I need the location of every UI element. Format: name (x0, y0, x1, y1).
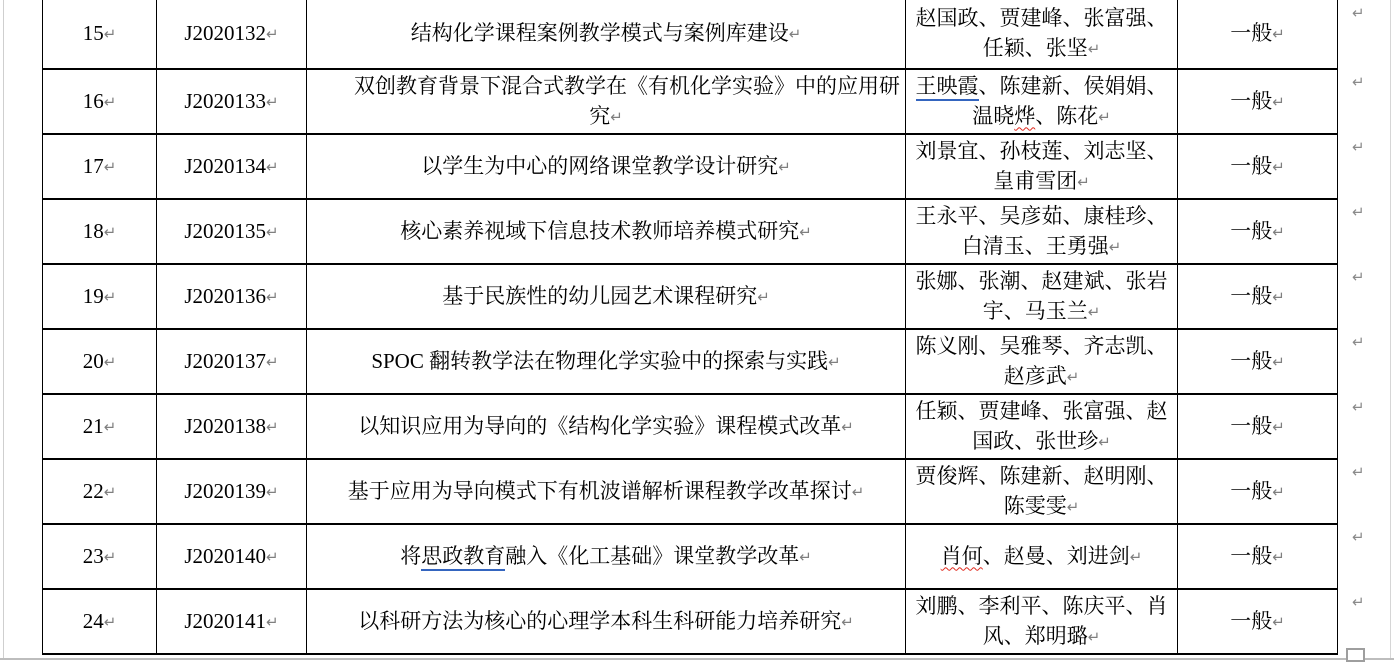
underlined-text: 思政教育 (421, 544, 505, 571)
page-left-edge (3, 0, 4, 660)
paragraph-mark-icon: ↵ (104, 477, 117, 507)
cell-project-members[interactable]: 贾俊辉、陈建新、赵明刚、陈雯雯↵ (906, 459, 1178, 524)
cell-project-members[interactable]: 张娜、张潮、赵建斌、张岩宇、马玉兰↵ (906, 264, 1178, 329)
cell-category[interactable]: 一般↵ (1178, 329, 1338, 394)
paragraph-mark-icon: ↵ (789, 19, 802, 49)
paragraph-mark-icon: ↵ (1109, 232, 1122, 262)
paragraph-mark-icon: ↵ (1130, 542, 1143, 572)
table-row: 19↵J2020136↵基于民族性的幼儿园艺术课程研究↵张娜、张潮、赵建斌、张岩… (43, 264, 1338, 329)
cell-project-id[interactable]: J2020135↵ (157, 199, 307, 264)
paragraph-mark-icon: ↵ (610, 102, 623, 132)
paragraph-mark-icon: ↵ (1088, 297, 1101, 327)
text-run: 双创教育背景下混合式教学在《有机化学实验》中的应用研究 (354, 74, 900, 128)
text-run: 、陈花 (1035, 104, 1098, 128)
text-run: 基于应用为导向模式下有机波谱解析课程教学改革探讨 (348, 479, 852, 503)
table-row: 21↵J2020138↵以知识应用为导向的《结构化学实验》课程模式改革↵任颖、贾… (43, 394, 1338, 459)
margin-paragraph-mark-icon: ↵ (1352, 75, 1365, 90)
table-row: 20↵J2020137↵SPOC 翻转教学法在物理化学实验中的探索与实践↵陈义刚… (43, 329, 1338, 394)
cell-project-title[interactable]: 以科研方法为核心的心理学本科生科研能力培养研究↵ (307, 589, 906, 654)
cell-project-id[interactable]: J2020134↵ (157, 134, 307, 199)
text-run: 赵国政、贾建峰、张富强、任颖、张坚 (916, 6, 1168, 60)
text-run: 刘景宜、孙枝莲、刘志坚、皇甫雪团 (916, 139, 1168, 193)
cell-project-members[interactable]: 王永平、吴彦茹、康桂珍、白清玉、王勇强↵ (906, 199, 1178, 264)
word-document-page: 15↵J2020132↵结构化学课程案例教学模式与案例库建设↵赵国政、贾建峰、张… (0, 0, 1394, 672)
cell-row-number[interactable]: 16↵ (43, 69, 157, 134)
cell-category[interactable]: 一般↵ (1178, 69, 1338, 134)
cell-project-members[interactable]: 刘景宜、孙枝莲、刘志坚、皇甫雪团↵ (906, 134, 1178, 199)
text-run: 以学生为中心的网络课堂教学设计研究 (421, 154, 778, 178)
cell-project-members[interactable]: 陈义刚、吴雅琴、齐志凯、赵彦武↵ (906, 329, 1178, 394)
table-row: 24↵J2020141↵以科研方法为核心的心理学本科生科研能力培养研究↵刘鹏、李… (43, 589, 1338, 654)
margin-paragraph-mark-icon: ↵ (1352, 595, 1365, 610)
cell-category[interactable]: 一般↵ (1178, 459, 1338, 524)
paragraph-mark-icon: ↵ (104, 87, 117, 117)
margin-paragraph-mark-icon: ↵ (1352, 6, 1365, 21)
text-run: SPOC 翻转教学法在物理化学实验中的探索与实践 (371, 349, 828, 373)
paragraph-mark-icon: ↵ (1272, 282, 1285, 312)
paragraph-mark-icon: ↵ (1272, 87, 1285, 117)
table-row: 17↵J2020134↵以学生为中心的网络课堂教学设计研究↵刘景宜、孙枝莲、刘志… (43, 134, 1338, 199)
text-run: 王永平、吴彦茹、康桂珍、白清玉、王勇强 (916, 204, 1168, 258)
paragraph-mark-icon: ↵ (1272, 542, 1285, 572)
cell-category[interactable]: 一般↵ (1178, 394, 1338, 459)
cell-row-number[interactable]: 24↵ (43, 589, 157, 654)
cell-category[interactable]: 一般↵ (1178, 264, 1338, 329)
paragraph-mark-icon: ↵ (266, 282, 279, 312)
text-run: 核心素养视域下信息技术教师培养模式研究 (400, 219, 799, 243)
paragraph-mark-icon: ↵ (104, 412, 117, 442)
cell-project-members[interactable]: 任颖、贾建峰、张富强、赵国政、张世珍↵ (906, 394, 1178, 459)
cell-project-title[interactable]: SPOC 翻转教学法在物理化学实验中的探索与实践↵ (307, 329, 906, 394)
paragraph-mark-icon: ↵ (1272, 477, 1285, 507)
margin-paragraph-mark-icon: ↵ (1352, 205, 1365, 220)
cell-project-id[interactable]: J2020138↵ (157, 394, 307, 459)
paragraph-mark-icon: ↵ (852, 477, 865, 507)
cell-project-title[interactable]: 双创教育背景下混合式教学在《有机化学实验》中的应用研究↵ (307, 69, 906, 134)
cell-project-title[interactable]: 基于应用为导向模式下有机波谱解析课程教学改革探讨↵ (307, 459, 906, 524)
paragraph-mark-icon: ↵ (104, 347, 117, 377)
paragraph-mark-icon: ↵ (799, 542, 812, 572)
paragraph-mark-icon: ↵ (1272, 347, 1285, 377)
text-run: 陈义刚、吴雅琴、齐志凯、赵彦武 (916, 334, 1168, 388)
paragraph-mark-icon: ↵ (266, 347, 279, 377)
paragraph-mark-icon: ↵ (757, 282, 770, 312)
paragraph-mark-icon: ↵ (1098, 427, 1111, 457)
cell-project-title[interactable]: 以学生为中心的网络课堂教学设计研究↵ (307, 134, 906, 199)
page-bottom-edge (0, 658, 1394, 660)
cell-row-number[interactable]: 20↵ (43, 329, 157, 394)
paragraph-mark-icon: ↵ (266, 477, 279, 507)
paragraph-mark-icon: ↵ (266, 607, 279, 637)
text-run: 基于民族性的幼儿园艺术课程研究 (442, 284, 757, 308)
cell-project-title[interactable]: 核心素养视域下信息技术教师培养模式研究↵ (307, 199, 906, 264)
cell-project-members[interactable]: 肖何、赵曼、刘进剑↵ (906, 524, 1178, 589)
margin-paragraph-mark-icon: ↵ (1352, 270, 1365, 285)
cell-project-title[interactable]: 结构化学课程案例教学模式与案例库建设↵ (307, 0, 906, 69)
table-row: 16↵J2020133↵双创教育背景下混合式教学在《有机化学实验》中的应用研究↵… (43, 69, 1338, 134)
cell-category[interactable]: 一般↵ (1178, 524, 1338, 589)
paragraph-mark-icon: ↵ (1088, 34, 1101, 64)
paragraph-mark-icon: ↵ (104, 152, 117, 182)
cell-project-id[interactable]: J2020133↵ (157, 69, 307, 134)
text-run: 以科研方法为核心的心理学本科生科研能力培养研究 (358, 609, 841, 633)
paragraph-mark-icon: ↵ (1272, 217, 1285, 247)
text-run: 结构化学课程案例教学模式与案例库建设 (411, 21, 789, 45)
table-row: 22↵J2020139↵基于应用为导向模式下有机波谱解析课程教学改革探讨↵贾俊辉… (43, 459, 1338, 524)
paragraph-mark-icon: ↵ (104, 19, 117, 49)
cell-row-number[interactable]: 15↵ (43, 0, 157, 69)
margin-paragraph-mark-icon: ↵ (1352, 400, 1365, 415)
paragraph-mark-icon: ↵ (266, 19, 279, 49)
cell-project-members[interactable]: 赵国政、贾建峰、张富强、任颖、张坚↵ (906, 0, 1178, 69)
paragraph-mark-icon: ↵ (841, 412, 854, 442)
paragraph-mark-icon: ↵ (828, 347, 841, 377)
paragraph-mark-icon: ↵ (1272, 19, 1285, 49)
text-run: 贾俊辉、陈建新、赵明刚、陈雯雯 (916, 464, 1168, 518)
margin-paragraph-mark-icon: ↵ (1352, 530, 1365, 545)
paragraph-mark-icon: ↵ (266, 542, 279, 572)
paragraph-mark-icon: ↵ (1067, 362, 1080, 392)
cell-row-number[interactable]: 17↵ (43, 134, 157, 199)
underlined-text: 王映霞 (916, 74, 979, 101)
text-run: 、赵曼、刘进剑 (983, 544, 1130, 568)
cell-project-title[interactable]: 基于民族性的幼儿园艺术课程研究↵ (307, 264, 906, 329)
projects-table: 15↵J2020132↵结构化学课程案例教学模式与案例库建设↵赵国政、贾建峰、张… (42, 0, 1338, 655)
paragraph-mark-icon: ↵ (1067, 492, 1080, 522)
cell-row-number[interactable]: 22↵ (43, 459, 157, 524)
paragraph-mark-icon: ↵ (841, 607, 854, 637)
text-run: 融入《化工基础》课堂教学改革 (505, 544, 799, 568)
paragraph-mark-icon: ↵ (1088, 622, 1101, 652)
cell-project-members[interactable]: 刘鹏、李利平、陈庆平、肖风、郑明璐↵ (906, 589, 1178, 654)
paragraph-mark-icon: ↵ (1077, 167, 1090, 197)
cell-category[interactable]: 一般↵ (1178, 589, 1338, 654)
cell-row-number[interactable]: 19↵ (43, 264, 157, 329)
paragraph-mark-icon: ↵ (1098, 102, 1111, 132)
cell-category[interactable]: 一般↵ (1178, 199, 1338, 264)
table-row: 18↵J2020135↵核心素养视域下信息技术教师培养模式研究↵王永平、吴彦茹、… (43, 199, 1338, 264)
paragraph-mark-icon: ↵ (799, 217, 812, 247)
spellcheck-flagged-text: 肖何 (941, 544, 983, 568)
paragraph-mark-icon: ↵ (266, 152, 279, 182)
paragraph-mark-icon: ↵ (104, 282, 117, 312)
cell-category[interactable]: 一般↵ (1178, 0, 1338, 69)
text-run: 以知识应用为导向的《结构化学实验》课程模式改革 (358, 414, 841, 438)
paragraph-mark-icon: ↵ (104, 542, 117, 572)
paragraph-mark-icon: ↵ (266, 87, 279, 117)
cell-project-id[interactable]: J2020136↵ (157, 264, 307, 329)
projects-table-body: 15↵J2020132↵结构化学课程案例教学模式与案例库建设↵赵国政、贾建峰、张… (43, 0, 1338, 654)
page-right-edge (1390, 0, 1391, 660)
spellcheck-flagged-text: 烨 (1014, 104, 1035, 128)
cell-project-id[interactable]: J2020139↵ (157, 459, 307, 524)
cell-project-id[interactable]: J2020137↵ (157, 329, 307, 394)
cell-project-id[interactable]: J2020140↵ (157, 524, 307, 589)
cell-project-title[interactable]: 以知识应用为导向的《结构化学实验》课程模式改革↵ (307, 394, 906, 459)
table-resize-handle-icon[interactable] (1346, 648, 1365, 662)
text-run: 将 (400, 544, 421, 568)
paragraph-mark-icon: ↵ (266, 217, 279, 247)
margin-paragraph-mark-icon: ↵ (1352, 140, 1365, 155)
cell-project-members[interactable]: 王映霞、陈建新、侯娟娟、温晓烨、陈花↵ (906, 69, 1178, 134)
paragraph-mark-icon: ↵ (104, 607, 117, 637)
cell-row-number[interactable]: 21↵ (43, 394, 157, 459)
cell-category[interactable]: 一般↵ (1178, 134, 1338, 199)
table-row: 15↵J2020132↵结构化学课程案例教学模式与案例库建设↵赵国政、贾建峰、张… (43, 0, 1338, 69)
text-run: 刘鹏、李利平、陈庆平、肖风、郑明璐 (916, 594, 1168, 648)
paragraph-mark-icon: ↵ (778, 152, 791, 182)
paragraph-mark-icon: ↵ (1272, 412, 1285, 442)
cell-row-number[interactable]: 23↵ (43, 524, 157, 589)
text-run: 张娜、张潮、赵建斌、张岩宇、马玉兰 (916, 269, 1168, 323)
margin-paragraph-mark-icon: ↵ (1352, 335, 1365, 350)
cell-project-title[interactable]: 将思政教育融入《化工基础》课堂教学改革↵ (307, 524, 906, 589)
cell-project-id[interactable]: J2020132↵ (157, 0, 307, 69)
paragraph-mark-icon: ↵ (1272, 607, 1285, 637)
paragraph-mark-icon: ↵ (1272, 152, 1285, 182)
margin-paragraph-mark-icon: ↵ (1352, 465, 1365, 480)
paragraph-mark-icon: ↵ (104, 217, 117, 247)
paragraph-mark-icon: ↵ (266, 412, 279, 442)
text-run: 任颖、贾建峰、张富强、赵国政、张世珍 (916, 399, 1168, 453)
cell-project-id[interactable]: J2020141↵ (157, 589, 307, 654)
table-row: 23↵J2020140↵将思政教育融入《化工基础》课堂教学改革↵肖何、赵曼、刘进… (43, 524, 1338, 589)
cell-row-number[interactable]: 18↵ (43, 199, 157, 264)
